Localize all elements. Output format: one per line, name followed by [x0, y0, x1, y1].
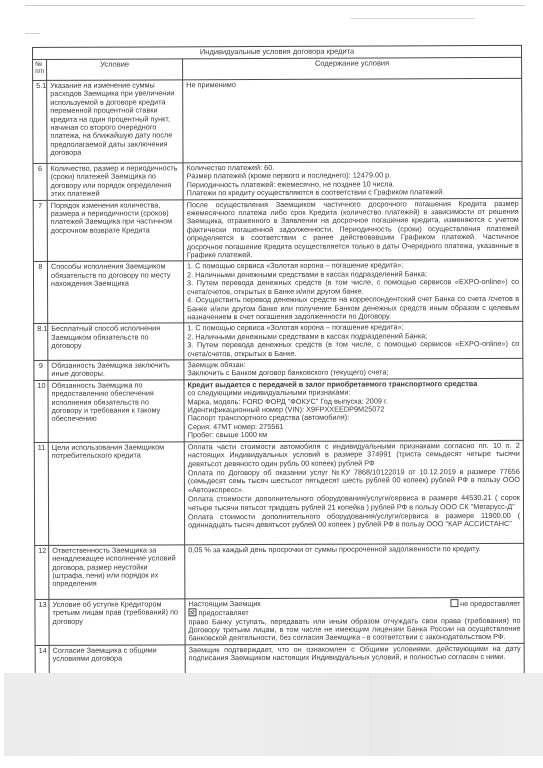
row-number: 6 — [33, 163, 47, 200]
row-condition: Бесплатный способ исполнения Заемщиком о… — [48, 323, 184, 360]
row-number: 8 — [33, 262, 47, 324]
table-row: 10 Обязанность Заемщика по предоставлени… — [34, 378, 523, 442]
column-header-content: Содержание условия — [183, 57, 522, 79]
content-line: 3. Путем перевода денежных средств (в то… — [187, 340, 519, 358]
row-number: 12 — [35, 545, 49, 599]
row-number: 13 — [35, 599, 49, 645]
row-number: 8.1 — [34, 324, 48, 361]
content-line: Не применимо — [186, 80, 518, 90]
row-number: 10 — [34, 380, 48, 442]
column-header-num: № п/п — [33, 59, 47, 80]
scan-artifact-line — [350, 18, 475, 19]
row-condition: Порядок изменения количества, размера и … — [47, 199, 183, 261]
row-content: Не применимо — [183, 78, 522, 162]
row-condition: Цели использования Заемщиком потребитель… — [48, 442, 184, 546]
scan-artifact-line — [25, 5, 525, 6]
row-content: Оплата части стоимости автомобиля с инди… — [184, 440, 523, 544]
row-number: 9 — [34, 360, 48, 380]
table-row: 13 Условие об уступке Кредитором третьим… — [35, 597, 524, 645]
content-line: Платежи по кредиту осуществляются в соот… — [187, 188, 519, 198]
row-condition: Условие об уступке Кредитором третьим ли… — [49, 599, 185, 646]
row-condition: Способы исполнения Заемщиком обязательст… — [47, 261, 183, 323]
content-paragraph: право Банку уступать, передавать или ины… — [188, 616, 520, 643]
row-content: 1. С помощью сервиса «Золотая корона – п… — [183, 260, 522, 323]
row-content: Кредит выдается с передачей в залог прио… — [184, 378, 523, 441]
payment-purpose: Оплата стоимости дополнительного оборудо… — [188, 512, 520, 530]
payment-purpose: Оплата части стоимости автомобиля с инди… — [188, 442, 520, 469]
row-content: 0,05 % за каждый день просрочки от суммы… — [185, 543, 524, 598]
column-header-condition: Условие — [47, 59, 183, 81]
payment-purpose: Оплата стоимости дополнительного оборудо… — [188, 494, 520, 512]
table-row: 5.1 Указание на изменение суммы расходов… — [33, 78, 522, 163]
row-content: Настоящим Заемщик предоставляет не предо… — [185, 597, 524, 645]
table-row: 11 Цели использования Заемщиком потребит… — [34, 440, 523, 545]
row-condition: Ответственность Заемщика за ненадлежащее… — [49, 545, 185, 600]
table-row: 7 Порядок изменения количества, размера … — [33, 198, 522, 262]
payment-purpose: Оплата по Договору об оказании услуг №КУ… — [188, 468, 520, 495]
option-label: не предоставляет — [460, 599, 520, 608]
credit-terms-table: Индивидуальные условия договора кредита … — [32, 45, 525, 682]
vehicle-mileage: Пробег: свыше 1000 км — [188, 430, 520, 440]
row-condition: Обязанность Заемщика заключить иные дого… — [48, 360, 184, 380]
row-number: 5.1 — [33, 80, 47, 163]
scanner-background — [4, 673, 543, 756]
checkbox-checked-icon[interactable] — [188, 608, 196, 616]
row-content: 1. С помощью сервиса «Золотая корона – п… — [184, 322, 523, 360]
content-paragraph: Заемщик подтверждает, что он ознакомлен … — [189, 645, 521, 663]
option-denies[interactable]: не предоставляет — [450, 599, 520, 617]
page-fold-line — [370, 673, 371, 756]
row-number: 7 — [33, 200, 47, 262]
penalty-text: 0,05 % за каждый день просрочки от суммы… — [188, 545, 520, 555]
checkbox-unchecked-icon[interactable] — [450, 599, 458, 607]
row-content: Количество платежей: 60. Размер платежей… — [183, 161, 522, 199]
content-line: Заключить с Банком договор банковского (… — [187, 368, 519, 378]
table-row: 12 Ответственность Заемщика за ненадлежа… — [35, 543, 524, 599]
content-paragraph: После осуществления Заемщиком частичного… — [187, 200, 519, 260]
row-content: Заемщик обязан: Заключить с Банком догов… — [184, 358, 523, 379]
content-line: 4. Осуществить перевод денежных средств … — [187, 295, 519, 322]
table-header-row: № п/п Условие Содержание условия — [33, 57, 522, 80]
row-content: После осуществления Заемщиком частичного… — [183, 198, 522, 261]
table-row: 6 Количество, размер и периодичность (ср… — [33, 161, 522, 200]
scan-artifact-line — [25, 33, 40, 34]
row-condition: Количество, размер и периодичность (срок… — [47, 163, 183, 200]
row-number: 11 — [34, 442, 48, 545]
row-condition: Указание на изменение суммы расходов Зае… — [47, 80, 183, 164]
option-label: предоставляет — [198, 608, 248, 617]
row-condition: Обязанность Заемщика по предоставлению о… — [48, 380, 184, 443]
table-row: 8 Способы исполнения Заемщиком обязатель… — [33, 260, 522, 324]
table-row: 8.1 Бесплатный способ исполнения Заемщик… — [34, 322, 523, 361]
table-row: 9 Обязанность Заемщика заключить иные до… — [34, 358, 523, 380]
